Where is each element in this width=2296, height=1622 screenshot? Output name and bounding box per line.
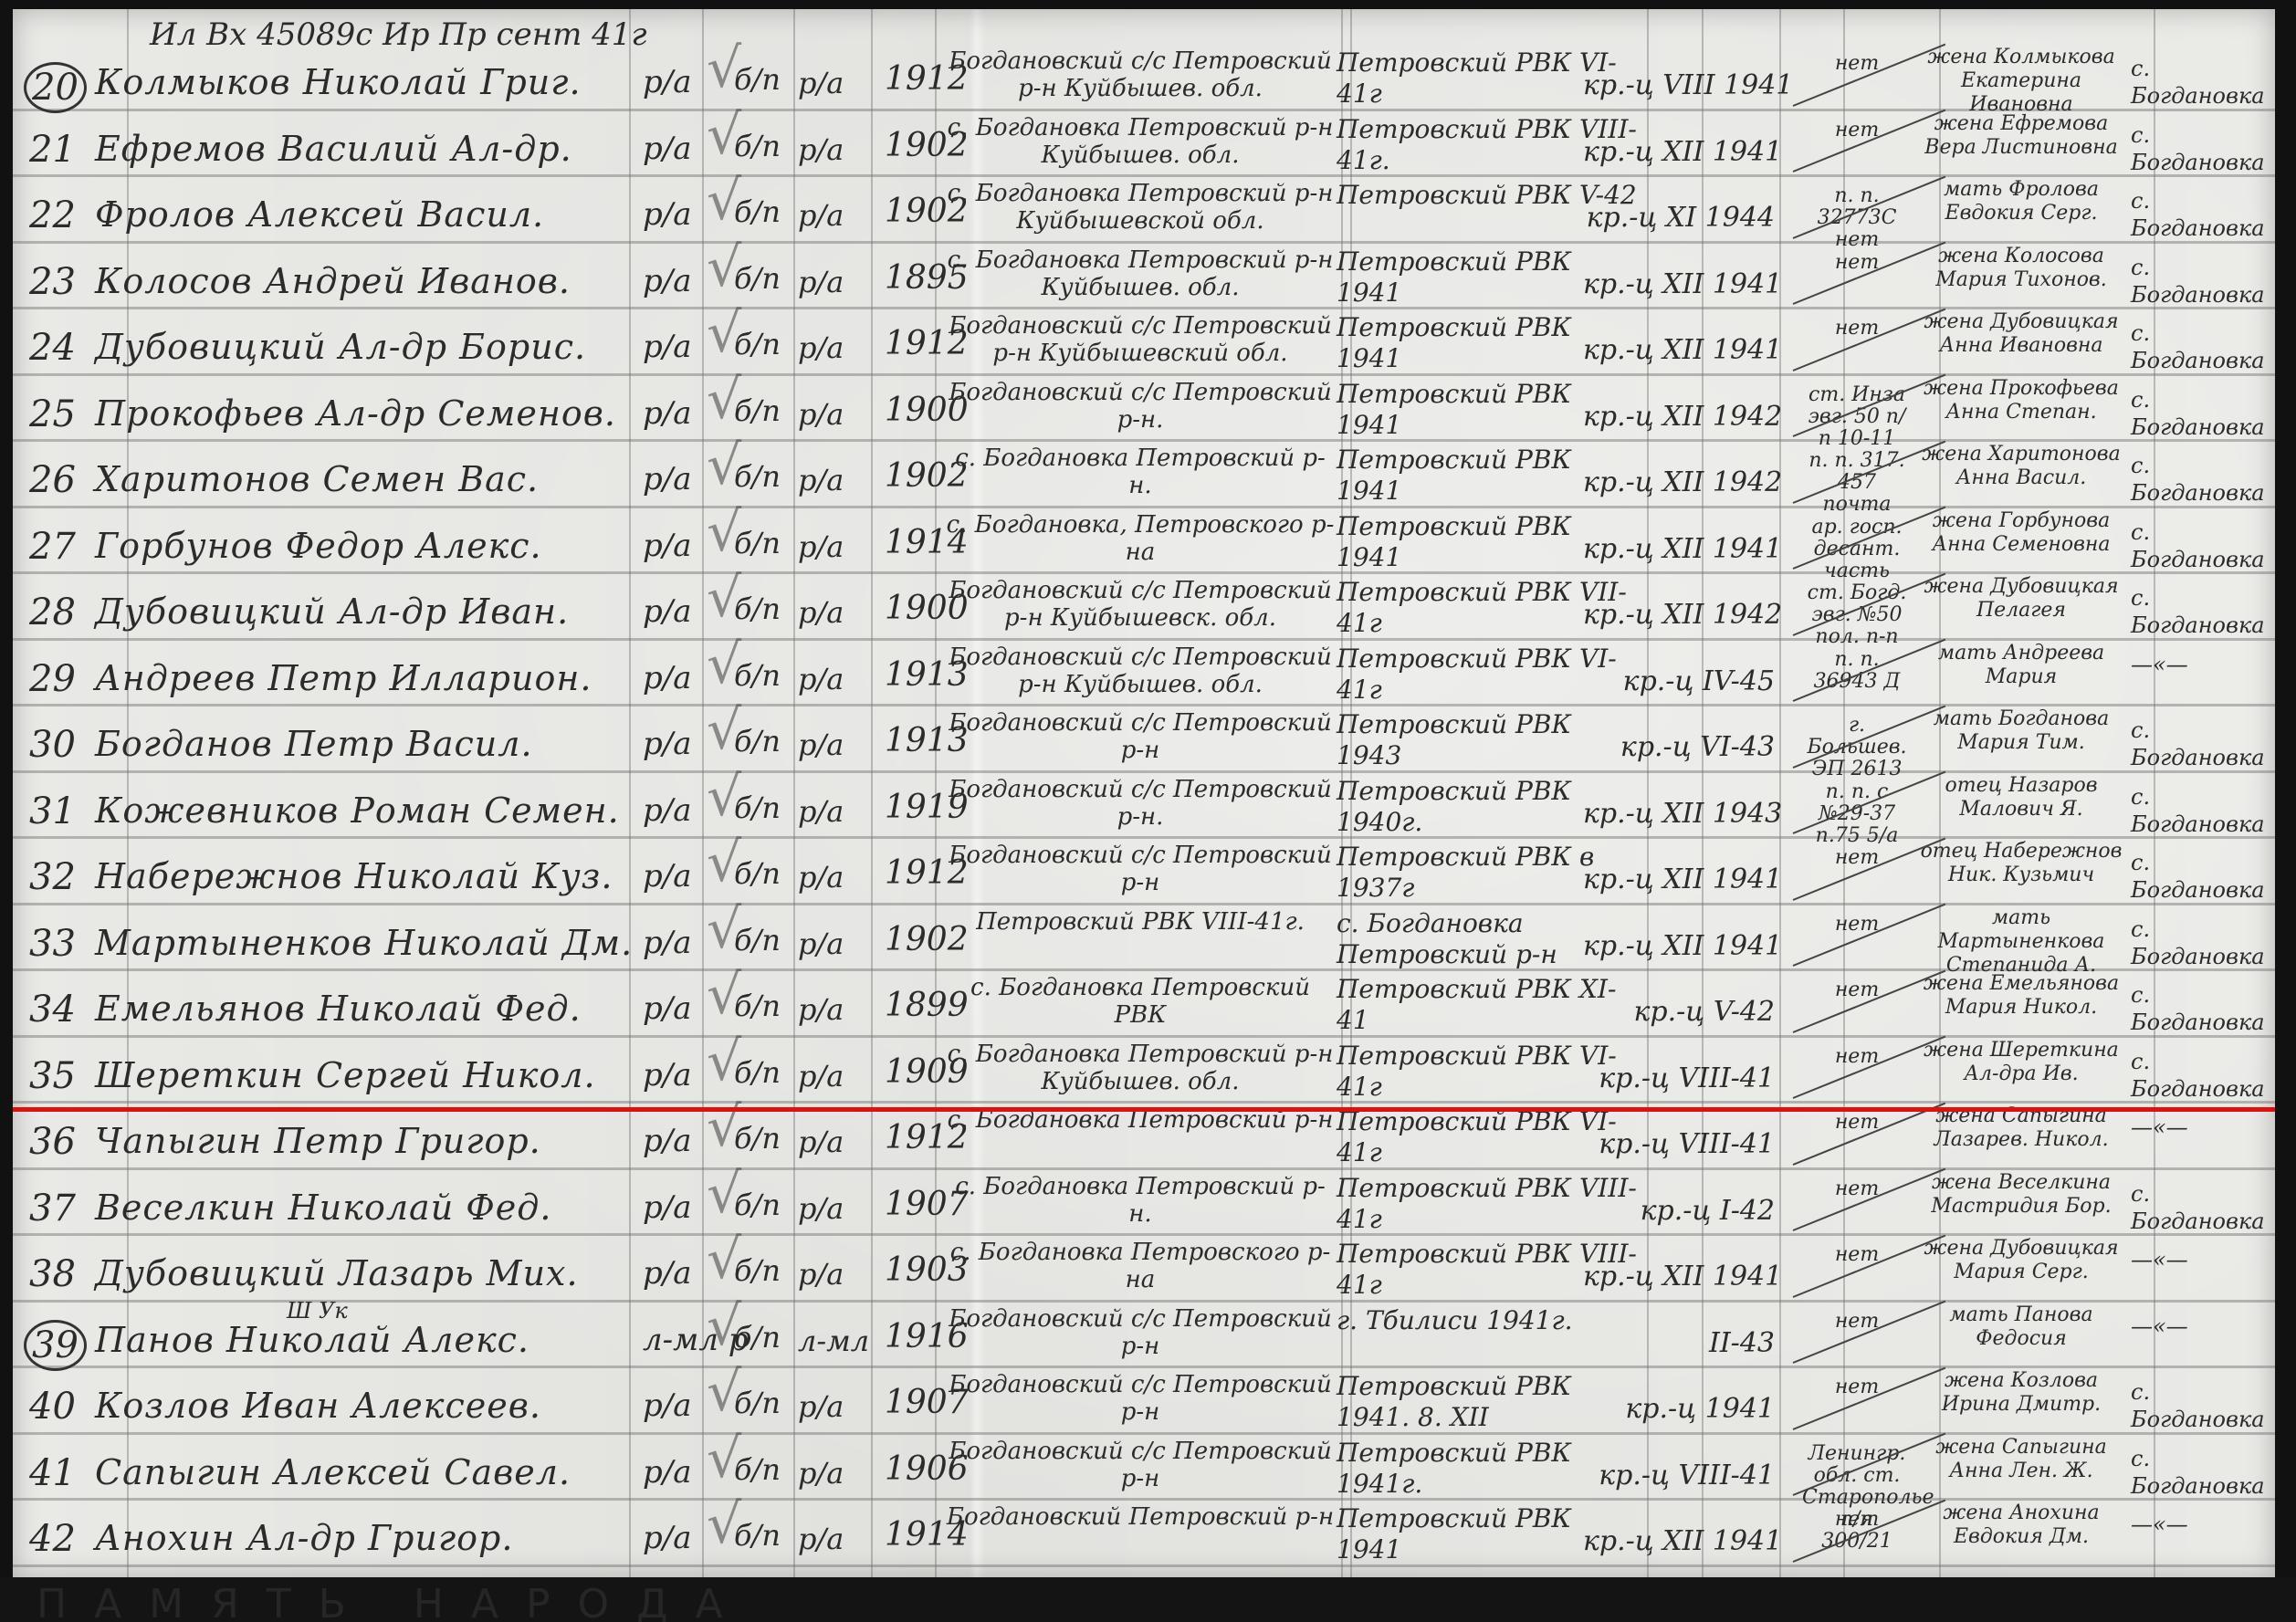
row-number: 42 <box>29 1518 76 1560</box>
checkmark-icon: √ <box>707 897 741 961</box>
home-address: —«— <box>2131 1511 2277 1538</box>
party-status: р/а <box>643 726 692 762</box>
home-address: с. Богдановка <box>2131 783 2277 838</box>
social-status: р/а <box>798 727 844 762</box>
home-address: с. Богдановка <box>2131 849 2277 904</box>
unit-status: п. п. 36943 Д <box>1802 649 1912 693</box>
party-status: р/а <box>643 196 692 233</box>
party-status: р/а <box>643 528 692 564</box>
row-number: 38 <box>29 1253 76 1295</box>
home-address: с. Богдановка <box>2131 254 2277 309</box>
rank-and-date: кр.-ц XII 1942 <box>1583 401 1775 433</box>
checkmark-icon: √ <box>707 1360 741 1424</box>
table-row: 25Прокофьев Ал-др Семенов.р/аб/пр/а1900Б… <box>13 377 2275 444</box>
soldier-name: Панов Николай Алекс. <box>95 1320 529 1360</box>
row-number: 35 <box>29 1055 76 1097</box>
birthplace: Богдановский с/с Петровский р-н. <box>944 776 1337 831</box>
checkmark-icon: √ <box>707 1294 741 1358</box>
row-number: 39 <box>24 1320 87 1371</box>
soldier-name: Мартыненков Николай Дм. <box>95 923 633 963</box>
soldier-name: Фролов Алексей Васил. <box>95 194 544 235</box>
birthplace: Богдановский с/с Петровский р-н Куйбышев… <box>944 644 1337 698</box>
table-row: 36Чапыгин Петр Григор.р/аб/пр/а1912с. Бо… <box>13 1104 2275 1171</box>
home-address: с. Богдановка <box>2131 452 2277 507</box>
home-address: с. Богдановка <box>2131 386 2277 441</box>
soldier-name: Шереткин Сергей Никол. <box>95 1055 596 1095</box>
home-address: с. Богдановка <box>2131 1048 2277 1103</box>
next-of-kin: мать Мартыненкова Степанида А. <box>1916 906 2126 978</box>
next-of-kin: жена Веселкина Мастридия Бор. <box>1916 1171 2126 1219</box>
home-address: с. Богдановка <box>2131 1445 2277 1500</box>
party-status: р/а <box>643 660 692 696</box>
rank-and-date: кр.-ц VIII 1941 <box>1583 69 1775 101</box>
row-number: 26 <box>29 459 76 501</box>
rank-and-date: кр.-ц XII 1941 <box>1583 1261 1775 1292</box>
table-row: 33Мартыненков Николай Дм.р/аб/пр/а1902Пе… <box>13 906 2275 973</box>
register-page: Ил Вх 45089с Ир Пр сент 41г 20Колмыков Н… <box>13 9 2275 1577</box>
party-status: р/а <box>643 1387 692 1424</box>
rank-and-date: кр.-ц XII 1941 <box>1583 930 1775 962</box>
social-status: р/а <box>798 1522 844 1556</box>
table-row: 29Андреев Петр Илларион.р/аб/пр/а1913Бог… <box>13 642 2275 708</box>
row-number: 32 <box>29 856 76 898</box>
row-number: 21 <box>29 129 76 171</box>
table-row: 30Богданов Петр Васил.р/аб/пр/а1913Богда… <box>13 707 2275 774</box>
rank-and-date: кр.-ц XII 1941 <box>1583 1525 1775 1557</box>
birthplace: Богдановский с/с Петровский р-н Куйбышев… <box>944 47 1337 102</box>
social-status: р/а <box>798 1389 844 1424</box>
checkmark-icon: √ <box>707 1427 741 1491</box>
rank-and-date: кр.-ц XII 1942 <box>1583 599 1775 631</box>
social-status: р/а <box>798 397 844 432</box>
checkmark-icon: √ <box>707 37 741 100</box>
home-address: с. Богдановка <box>2131 55 2277 110</box>
next-of-kin: отец Набережнов Ник. Кузьмич <box>1916 840 2126 887</box>
rank-and-date: кр.-ц XII 1941 <box>1583 268 1775 300</box>
social-status: р/а <box>798 265 844 299</box>
birthplace: с. Богдановка Петровский р-н. <box>944 445 1337 499</box>
next-of-kin: жена Анохина Евдокия Дм. <box>1916 1502 2126 1549</box>
next-of-kin: мать Панова Федосия <box>1916 1303 2126 1351</box>
highlight-underline <box>13 1107 2275 1112</box>
next-of-kin: жена Ефремова Вера Листиновна <box>1916 112 2126 160</box>
table-row: 35Шереткин Сергей Никол.р/аб/пр/а1909с. … <box>13 1039 2275 1105</box>
social-status: р/а <box>798 860 844 895</box>
row-number: 22 <box>29 194 76 236</box>
checkmark-icon: √ <box>707 963 741 1027</box>
next-of-kin: жена Емельянова Мария Никол. <box>1916 972 2126 1020</box>
birthplace: с. Богдановка Петровский р-н Куйбышев. о… <box>944 1041 1337 1095</box>
watermark: ПАМЯТЬ НАРОДА <box>37 1581 750 1622</box>
birthplace: с. Богдановка Петровский р-н Куйбышев. о… <box>944 114 1337 169</box>
birthplace: с. Богдановка Петровский р-н Куйбышев. о… <box>944 246 1337 301</box>
social-status: р/а <box>798 198 844 233</box>
checkmark-icon: √ <box>707 1162 741 1226</box>
soldier-name: Кожевников Роман Семен. <box>95 790 620 831</box>
soldier-name: Сапыгин Алексей Савел. <box>95 1452 571 1492</box>
next-of-kin: жена Прокофьева Анна Степан. <box>1916 377 2126 424</box>
social-status: р/а <box>798 330 844 365</box>
social-status: л-мл <box>798 1324 869 1358</box>
next-of-kin: мать Андреева Мария <box>1916 642 2126 689</box>
party-status: р/а <box>643 263 692 299</box>
next-of-kin: жена Шереткина Ал-дра Ив. <box>1916 1039 2126 1086</box>
soldier-name: Богданов Петр Васил. <box>95 724 533 764</box>
home-address: с. Богдановка <box>2131 1180 2277 1235</box>
table-row: 41Сапыгин Алексей Савел.р/аб/пр/а1906Бог… <box>13 1436 2275 1502</box>
row-number: 29 <box>29 658 76 700</box>
table-row: 26Харитонов Семен Вас.р/аб/пр/а1902с. Бо… <box>13 443 2275 509</box>
row-number: 33 <box>29 923 76 965</box>
table-row: 37Веселкин Николай Фед.р/аб/пр/а1907с. Б… <box>13 1171 2275 1238</box>
table-row: 28Дубовицкий Ал-др Иван.р/аб/пр/а1900Бог… <box>13 575 2275 642</box>
social-status: р/а <box>798 662 844 696</box>
party-status: р/а <box>643 858 692 895</box>
party-status: р/а <box>643 1057 692 1094</box>
rank-and-date: кр.-ц XII 1941 <box>1583 863 1775 895</box>
checkmark-icon: √ <box>707 1492 741 1556</box>
soldier-name: Набережнов Николай Куз. <box>95 856 613 896</box>
table-row: 22Фролов Алексей Васил.р/аб/пр/а1902с. Б… <box>13 178 2275 245</box>
checkmark-icon: √ <box>707 831 741 895</box>
checkmark-icon: √ <box>707 301 741 365</box>
birthplace: Богдановский Петровский р-н <box>944 1503 1337 1531</box>
birthplace: Богдановский с/с Петровский р-н. <box>944 379 1337 434</box>
social-status: р/а <box>798 529 844 564</box>
soldier-name: Козлов Иван Алексеев. <box>95 1386 541 1426</box>
table-row: 24Дубовицкий Ал-др Борис.р/аб/пр/а1912Бо… <box>13 310 2275 377</box>
soldier-name: Горбунов Федор Алекс. <box>95 526 542 566</box>
checkmark-icon: √ <box>707 235 741 299</box>
table-row: 40Козлов Иван Алексеев.р/аб/пр/а1907Богд… <box>13 1369 2275 1436</box>
soldier-name: Колосов Андрей Иванов. <box>95 261 571 301</box>
next-of-kin: жена Дубовицкая Мария Серг. <box>1916 1237 2126 1284</box>
checkmark-icon: √ <box>707 633 741 696</box>
next-of-kin: жена Сапыгина Анна Лен. Ж. <box>1916 1436 2126 1483</box>
party-status: р/а <box>643 1123 692 1159</box>
next-of-kin: жена Дубовицкая Анна Ивановна <box>1916 310 2126 358</box>
checkmark-icon: √ <box>707 1030 741 1094</box>
home-address: с. Богдановка <box>2131 518 2277 573</box>
rank-and-date: кр.-ц IV-45 <box>1583 665 1775 697</box>
rank-and-date: кр.-ц VIII-41 <box>1583 1460 1775 1491</box>
checkmark-icon: √ <box>707 1095 741 1159</box>
social-status: р/а <box>798 595 844 630</box>
rank-and-date: кр.-ц XII 1943 <box>1583 798 1775 830</box>
home-address: —«— <box>2131 651 2277 678</box>
rank-and-date: кр.-ц VIII-41 <box>1583 1128 1775 1160</box>
rank-and-date: кр.-ц XII 1941 <box>1583 334 1775 366</box>
soldier-name: Андреев Петр Илларион. <box>95 658 592 698</box>
soldier-name: Чапыгин Петр Григор. <box>95 1121 541 1161</box>
birthplace: с. Богдановка Петровский р-н. <box>944 1173 1337 1228</box>
next-of-kin: отец Назаров Малович Я. <box>1916 774 2126 821</box>
table-row: 42Анохин Ал-др Григор.р/аб/пр/а1914Богда… <box>13 1502 2275 1568</box>
next-of-kin: жена Козлова Ирина Дмитр. <box>1916 1369 2126 1417</box>
table-row: 34Емельянов Николай Фед.р/аб/пр/а1899с. … <box>13 972 2275 1039</box>
social-status: р/а <box>798 926 844 961</box>
checkmark-icon: √ <box>707 765 741 829</box>
party-status: р/а <box>643 461 692 497</box>
soldier-name: Ефремов Василий Ал-др. <box>95 129 572 169</box>
social-status: р/а <box>798 1257 844 1292</box>
party-status: р/а <box>643 593 692 630</box>
rank-and-date: II-43 <box>1583 1327 1775 1359</box>
table-row: 31Кожевников Роман Семен.р/аб/пр/а1919Бо… <box>13 774 2275 841</box>
checkmark-icon: √ <box>707 103 741 167</box>
soldier-name: Колмыков Николай Григ. <box>95 62 582 102</box>
next-of-kin: мать Фролова Евдокия Серг. <box>1916 178 2126 225</box>
social-status: р/а <box>798 132 844 167</box>
next-of-kin: жена Харитонова Анна Васил. <box>1916 443 2126 490</box>
row-number: 27 <box>29 526 76 568</box>
social-status: р/а <box>798 794 844 829</box>
table-row: 20Колмыков Николай Григ.р/аб/пр/а1912Бог… <box>13 46 2275 112</box>
party-status: р/а <box>643 395 692 432</box>
row-number: 28 <box>29 591 76 633</box>
party-status: р/а <box>643 1520 692 1556</box>
next-of-kin: жена Колосова Мария Тихонов. <box>1916 245 2126 292</box>
rank-and-date: кр.-ц V-42 <box>1583 996 1775 1028</box>
home-address: с. Богдановка <box>2131 1378 2277 1433</box>
rank-and-date: кр.-ц I-42 <box>1583 1195 1775 1227</box>
row-number: 30 <box>29 724 76 766</box>
social-status: р/а <box>798 1059 844 1094</box>
social-status: р/а <box>798 1125 844 1159</box>
home-address: с. Богдановка <box>2131 981 2277 1036</box>
checkmark-icon: √ <box>707 1228 741 1292</box>
home-address: с. Богдановка <box>2131 121 2277 176</box>
home-address: с. Богдановка <box>2131 717 2277 771</box>
birthplace: с. Богдановка, Петровского р-на <box>944 511 1337 566</box>
next-of-kin: мать Богданова Мария Тим. <box>1916 707 2126 755</box>
rank-and-date: кр.-ц VIII-41 <box>1583 1062 1775 1094</box>
social-status: р/а <box>798 1191 844 1226</box>
row-number: 36 <box>29 1121 76 1163</box>
soldier-name: Дубовицкий Лазарь Мих. <box>95 1253 579 1293</box>
table-row: 21Ефремов Василий Ал-др.р/аб/пр/а1902с. … <box>13 112 2275 179</box>
rank-and-date: кр.-ц XI 1944 <box>1583 202 1775 234</box>
soldier-name: Дубовицкий Ал-др Иван. <box>95 591 569 632</box>
checkmark-icon: √ <box>707 566 741 630</box>
birthplace: Богдановский с/с Петровский р-н <box>944 1438 1337 1492</box>
party-status: р/а <box>643 792 692 829</box>
next-of-kin: жена Дубовицкая Пелагея <box>1916 575 2126 623</box>
table-row: 38Дубовицкий Лазарь Мих.р/аб/пр/а1903с. … <box>13 1237 2275 1303</box>
row-number: 24 <box>29 327 76 369</box>
home-address: —«— <box>2131 1114 2277 1141</box>
rank-and-date: кр.-ц XII 1942 <box>1583 466 1775 498</box>
party-status: р/а <box>643 64 692 100</box>
birthplace: Богдановский с/с Петровский р-н <box>944 1371 1337 1426</box>
soldier-name: Веселкин Николай Фед. <box>95 1188 551 1228</box>
checkmark-icon: √ <box>707 368 741 432</box>
birthplace: Богдановский с/с Петровский р-н Куйбышев… <box>944 312 1337 367</box>
home-address: с. Богдановка <box>2131 319 2277 374</box>
checkmark-icon: √ <box>707 698 741 762</box>
checkmark-icon: √ <box>707 500 741 564</box>
party-status: р/а <box>643 990 692 1027</box>
birthplace: с. Богдановка Петровский р-н Куйбышевско… <box>944 180 1337 235</box>
soldier-name: Прокофьев Ал-др Семенов. <box>95 393 616 434</box>
soldier-name: Анохин Ал-др Григор. <box>95 1518 513 1558</box>
soldier-name: Дубовицкий Ал-др Борис. <box>95 327 586 367</box>
home-address: с. Богдановка <box>2131 584 2277 639</box>
row-number: 31 <box>29 790 76 832</box>
party-status: р/а <box>643 925 692 961</box>
table-row: 32Набережнов Николай Куз.р/аб/пр/а1912Бо… <box>13 840 2275 906</box>
checkmark-icon: √ <box>707 169 741 233</box>
next-of-kin: жена Горбунова Анна Семеновна <box>1916 509 2126 557</box>
birthplace: с. Богдановка Петровский РВК <box>944 974 1337 1029</box>
name-annotation: Ш Ук <box>287 1298 348 1324</box>
home-address: —«— <box>2131 1313 2277 1340</box>
row-number: 25 <box>29 393 76 435</box>
social-status: р/а <box>798 992 844 1027</box>
party-status: р/а <box>643 1454 692 1491</box>
next-of-kin: жена Колмыкова Екатерина Ивановна <box>1916 46 2126 117</box>
table-row: 27Горбунов Федор Алекс.р/аб/пр/а1914с. Б… <box>13 509 2275 576</box>
soldier-name: Харитонов Семен Вас. <box>95 459 539 499</box>
row-number: 20 <box>24 62 87 113</box>
party-status: р/а <box>643 1255 692 1292</box>
party-status: р/а <box>643 131 692 167</box>
birthplace: Богдановский с/с Петровский р-н <box>944 1305 1337 1360</box>
rank-and-date: кр.-ц 1941 <box>1583 1393 1775 1425</box>
rank-and-date: кр.-ц XII 1941 <box>1583 533 1775 565</box>
party-status: р/а <box>643 1189 692 1226</box>
rank-and-date: кр.-ц XII 1941 <box>1583 136 1775 168</box>
table-row: 39Панов Николай Алекс.Ш Укл-мл рб/пл-мл1… <box>13 1303 2275 1370</box>
row-number: 23 <box>29 261 76 303</box>
row-number: 34 <box>29 989 76 1031</box>
birthplace: Богдановский с/с Петровский р-н <box>944 842 1337 896</box>
rank-and-date: кр.-ц VI-43 <box>1583 731 1775 763</box>
home-address: —«— <box>2131 1246 2277 1273</box>
social-status: р/а <box>798 1456 844 1491</box>
row-number: 41 <box>29 1452 76 1494</box>
birthplace: Богдановский с/с Петровский р-н Куйбышев… <box>944 577 1337 632</box>
social-status: р/а <box>798 463 844 497</box>
table-row: 23Колосов Андрей Иванов.р/аб/пр/а1895с. … <box>13 245 2275 311</box>
birthplace: с. Богдановка Петровского р-на <box>944 1239 1337 1293</box>
social-status: р/а <box>798 66 844 100</box>
birthplace: Богдановский с/с Петровский р-н <box>944 709 1337 764</box>
party-status: р/а <box>643 329 692 365</box>
home-address: с. Богдановка <box>2131 916 2277 970</box>
checkmark-icon: √ <box>707 434 741 497</box>
row-number: 40 <box>29 1386 76 1428</box>
soldier-name: Емельянов Николай Фед. <box>95 989 582 1029</box>
row-number: 37 <box>29 1188 76 1230</box>
home-address: с. Богдановка <box>2131 187 2277 242</box>
birthplace: Петровский РВК VIII-41г. <box>944 908 1337 936</box>
